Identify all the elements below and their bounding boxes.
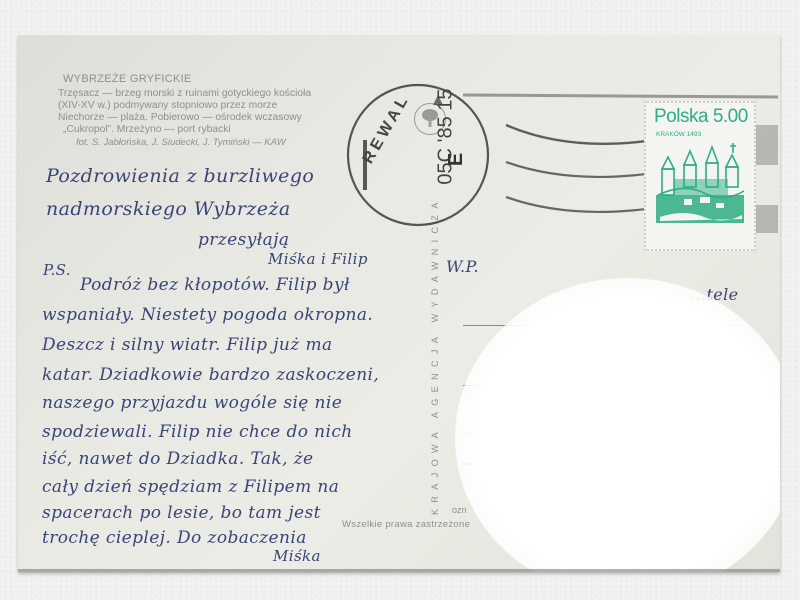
- message-line: Deszcz i silny wiatr. Filip już ma: [42, 335, 333, 355]
- postage-stamp: Polska 5.00 KRAKÓW 1493: [644, 101, 756, 251]
- message-line: katar. Dziadkowie bardzo zaskoczeni,: [42, 365, 379, 385]
- stamp-subtitle: KRAKÓW 1493: [656, 131, 701, 138]
- closing-signature: Miśka: [273, 547, 321, 565]
- message-line: spacerach po lesie, bo tam jest: [42, 503, 321, 523]
- stamp-country: Polska 5.00: [654, 106, 748, 128]
- stamp-castle-illustration-icon: [654, 139, 746, 235]
- message-line: przesyłają: [198, 230, 289, 250]
- postmark-date: 05C '85 15: [435, 88, 458, 184]
- message-line: wspaniały. Niestety pogoda okropna.: [42, 305, 373, 325]
- message-line: naszego przyjazdu wogóle się nie: [42, 393, 342, 413]
- address-label-left: ozn: [452, 505, 467, 515]
- message-line: iść, nawet do Dziadka. Tak, że: [42, 449, 314, 469]
- signature: Miśka i Filip: [268, 250, 368, 268]
- message-line: Podróż bez kłopotów. Filip był: [80, 275, 350, 295]
- postmark-letter: E: [445, 153, 468, 166]
- postcard-back: WYBRZEŻE GRYFICKIE Trzęsacz — brzeg mors…: [18, 35, 780, 572]
- ps-label: P.S.: [43, 261, 71, 279]
- message-line: nadmorskiego Wybrzeża: [46, 198, 291, 220]
- message-line: trochę cieplej. Do zobaczenia: [42, 528, 307, 548]
- message-line: cały dzień spędziam z Filipem na: [42, 477, 339, 497]
- message-line: spodziewali. Filip nie chce do nich: [42, 422, 353, 442]
- address-handwriting: W.P.: [446, 257, 479, 276]
- message-line: Pozdrowienia z burzliwego: [46, 165, 314, 187]
- rights-notice: Wszelkie prawa zastrzeżone: [342, 519, 470, 530]
